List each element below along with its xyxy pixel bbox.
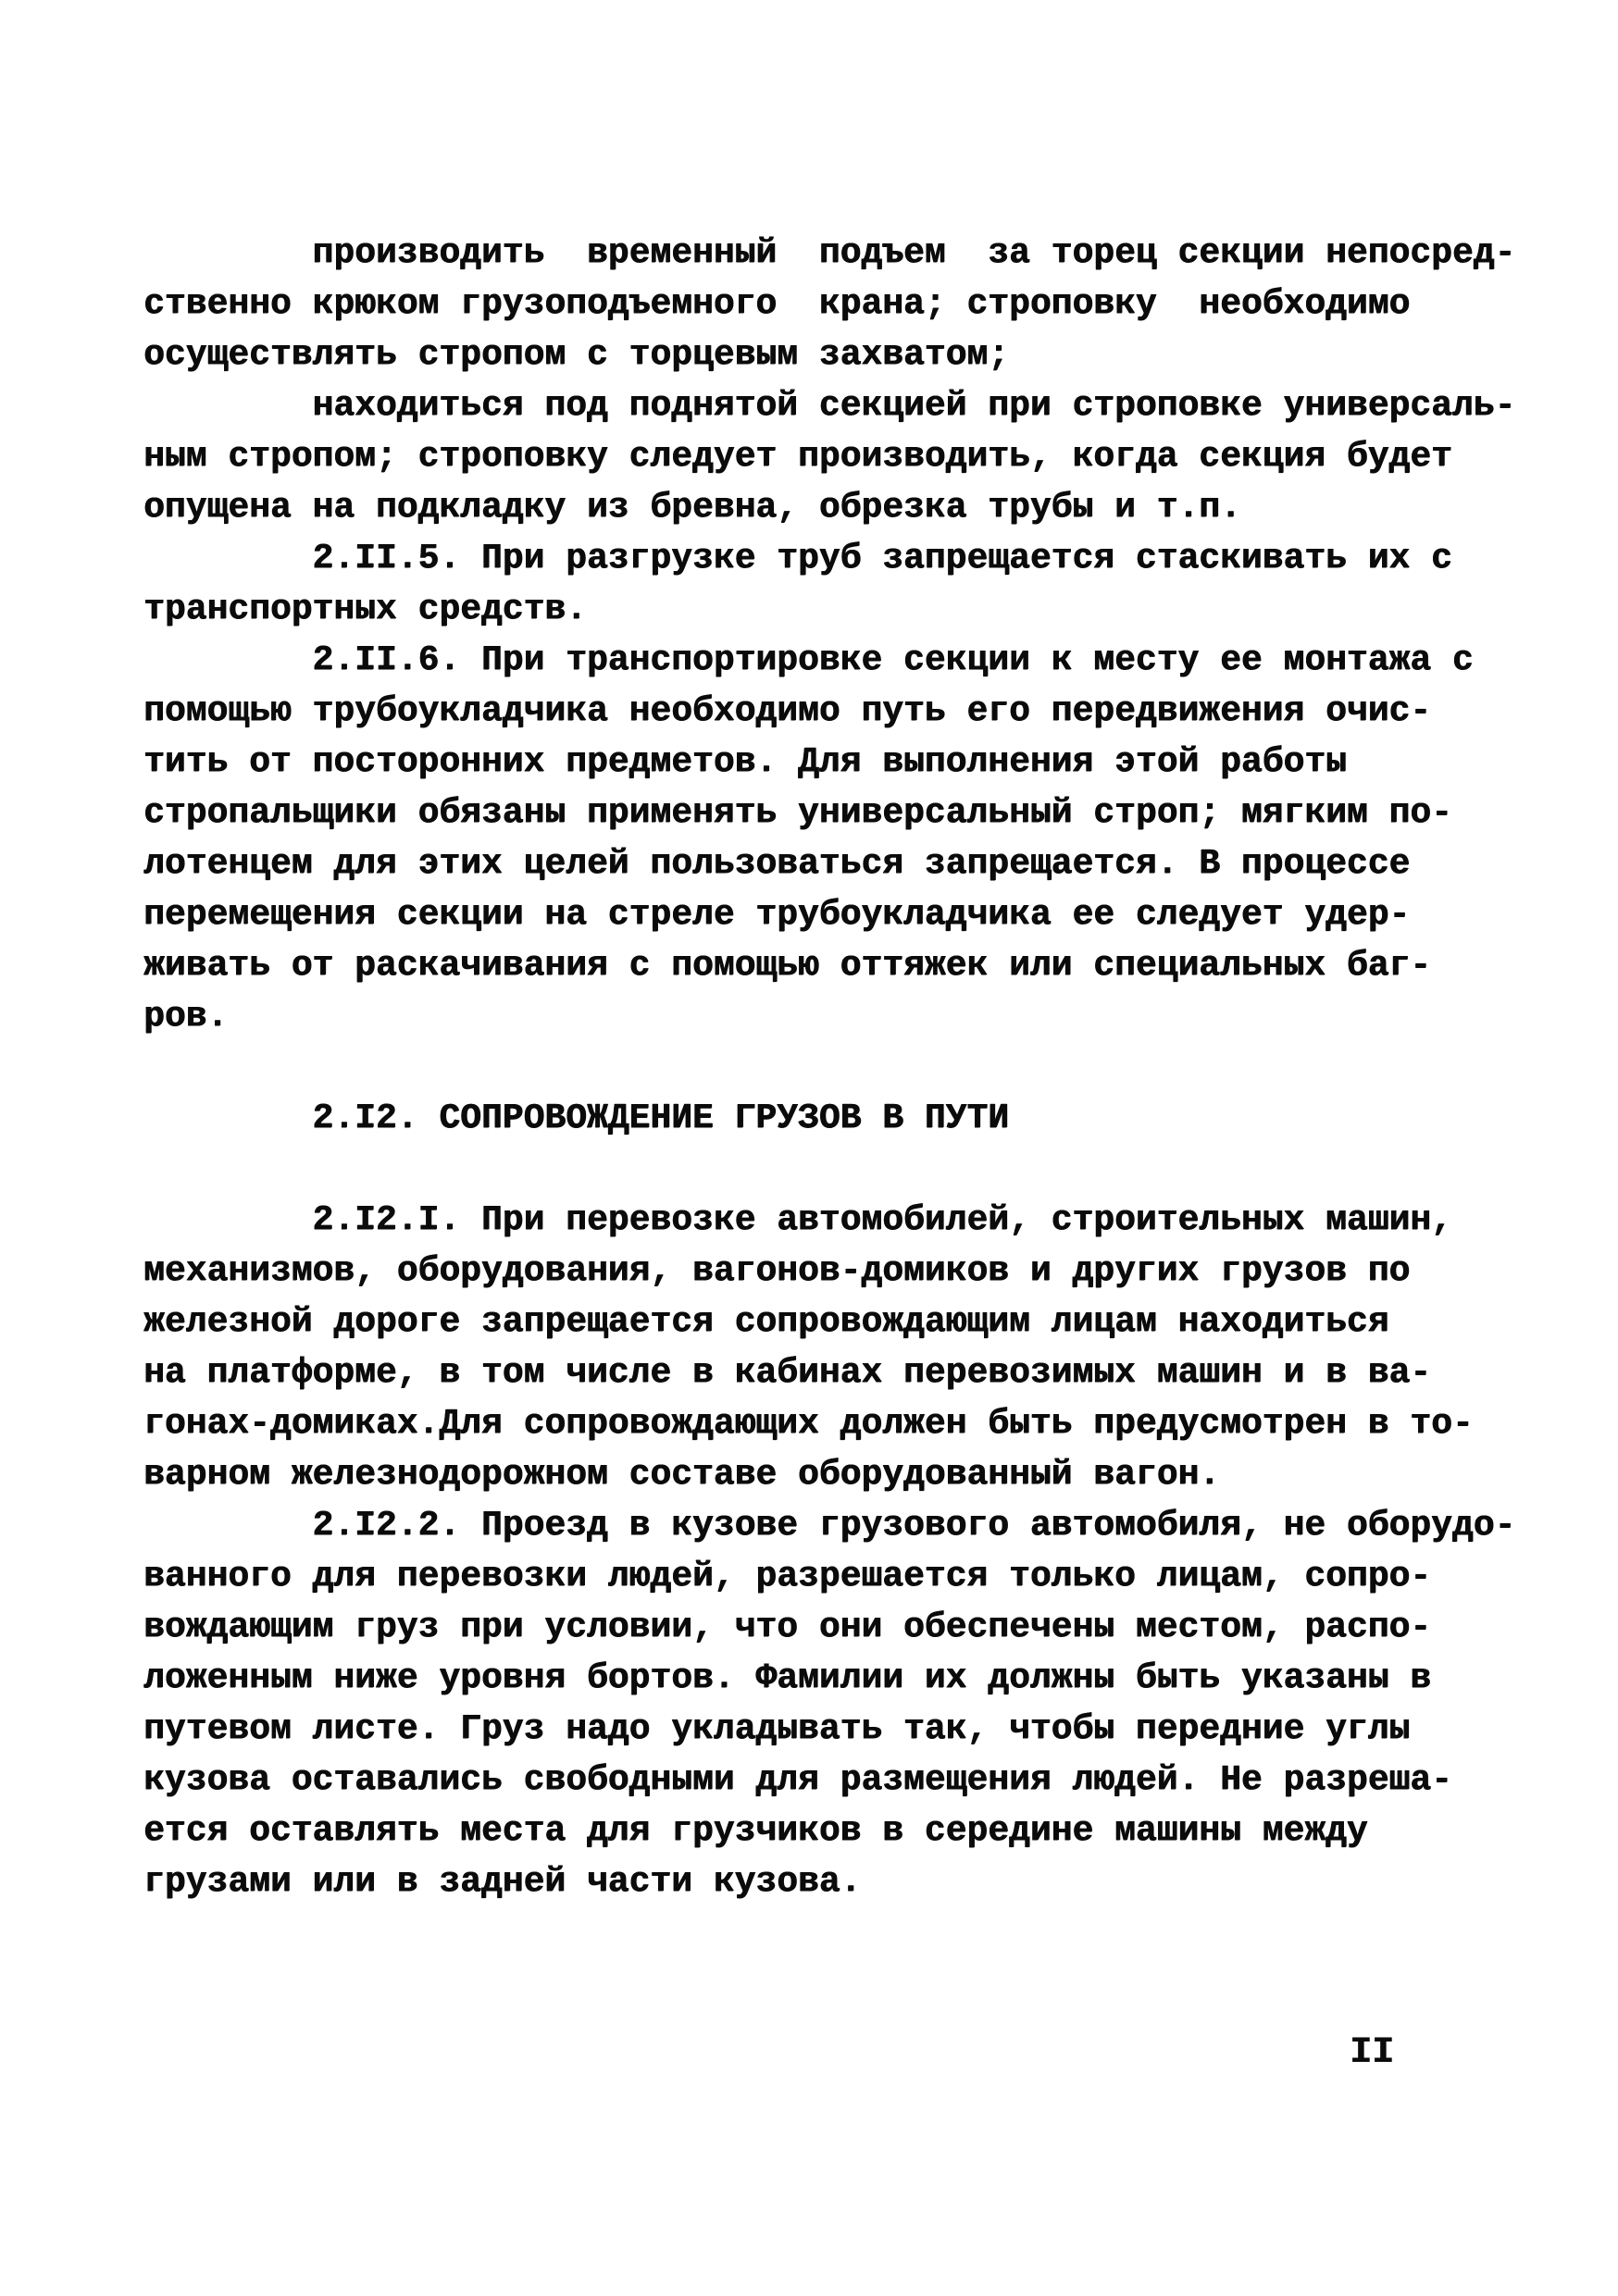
text-line: производить временный подъем за торец се… bbox=[143, 228, 1550, 279]
blank-line bbox=[143, 1042, 1550, 1093]
text-line: 2.I2.I. При перевозке автомобилей, строи… bbox=[143, 1195, 1550, 1246]
text-line: ется оставлять места для грузчиков в сер… bbox=[143, 1806, 1550, 1856]
text-line: помощью трубоукладчика необходимо путь е… bbox=[143, 686, 1550, 737]
text-line: тить от посторонних предметов. Для выпол… bbox=[143, 737, 1550, 788]
text-line: лотенцем для этих целей пользоваться зап… bbox=[143, 838, 1550, 889]
text-line: находиться под поднятой секцией при стро… bbox=[143, 380, 1550, 431]
blank-line bbox=[143, 1144, 1550, 1195]
text-line: опущена на подкладку из бревна, обрезка … bbox=[143, 482, 1550, 533]
text-line: 2.I2.2. Проезд в кузове грузового автомо… bbox=[143, 1500, 1550, 1551]
document-text: производить временный подъем за торец се… bbox=[143, 228, 1550, 1907]
text-line: осуществлять стропом с торцевым захватом… bbox=[143, 329, 1550, 380]
section-heading: 2.I2. СОПРОВОЖДЕНИЕ ГРУЗОВ В ПУТИ bbox=[143, 1093, 1550, 1144]
text-line: грузами или в задней части кузова. bbox=[143, 1856, 1550, 1907]
text-line: 2.II.6. При транспортировке секции к мес… bbox=[143, 635, 1550, 686]
text-line: ложенным ниже уровня бортов. Фамилии их … bbox=[143, 1653, 1550, 1704]
text-line: ным стропом; строповку следует производи… bbox=[143, 431, 1550, 482]
text-line: железной дороге запрещается сопровождающ… bbox=[143, 1297, 1550, 1347]
text-line: кузова оставались свободными для размеще… bbox=[143, 1755, 1550, 1806]
text-line: ственно крюком грузоподъемного крана; ст… bbox=[143, 279, 1550, 329]
text-line: стропальщики обязаны применять универсал… bbox=[143, 788, 1550, 838]
text-line: перемещения секции на стреле трубоукладч… bbox=[143, 889, 1550, 940]
text-line: живать от раскачивания с помощью оттяжек… bbox=[143, 940, 1550, 991]
text-line: гонах-домиках.Для сопровождающих должен … bbox=[143, 1398, 1550, 1449]
text-line: ров. bbox=[143, 991, 1550, 1042]
text-line: 2.II.5. При разгрузке труб запрещается с… bbox=[143, 533, 1550, 584]
scanned-document-page: производить временный подъем за торец се… bbox=[0, 0, 1618, 2296]
text-line: вождающим груз при условии, что они обес… bbox=[143, 1602, 1550, 1653]
text-line: путевом листе. Груз надо укладывать так,… bbox=[143, 1704, 1550, 1755]
page-number: II bbox=[1350, 2032, 1394, 2074]
text-line: механизмов, оборудования, вагонов-домико… bbox=[143, 1246, 1550, 1297]
text-line: ванного для перевозки людей, разрешается… bbox=[143, 1551, 1550, 1602]
text-line: варном железнодорожном составе оборудова… bbox=[143, 1449, 1550, 1500]
text-line: на платформе, в том числе в кабинах пере… bbox=[143, 1347, 1550, 1398]
text-line: транспортных средств. bbox=[143, 584, 1550, 635]
